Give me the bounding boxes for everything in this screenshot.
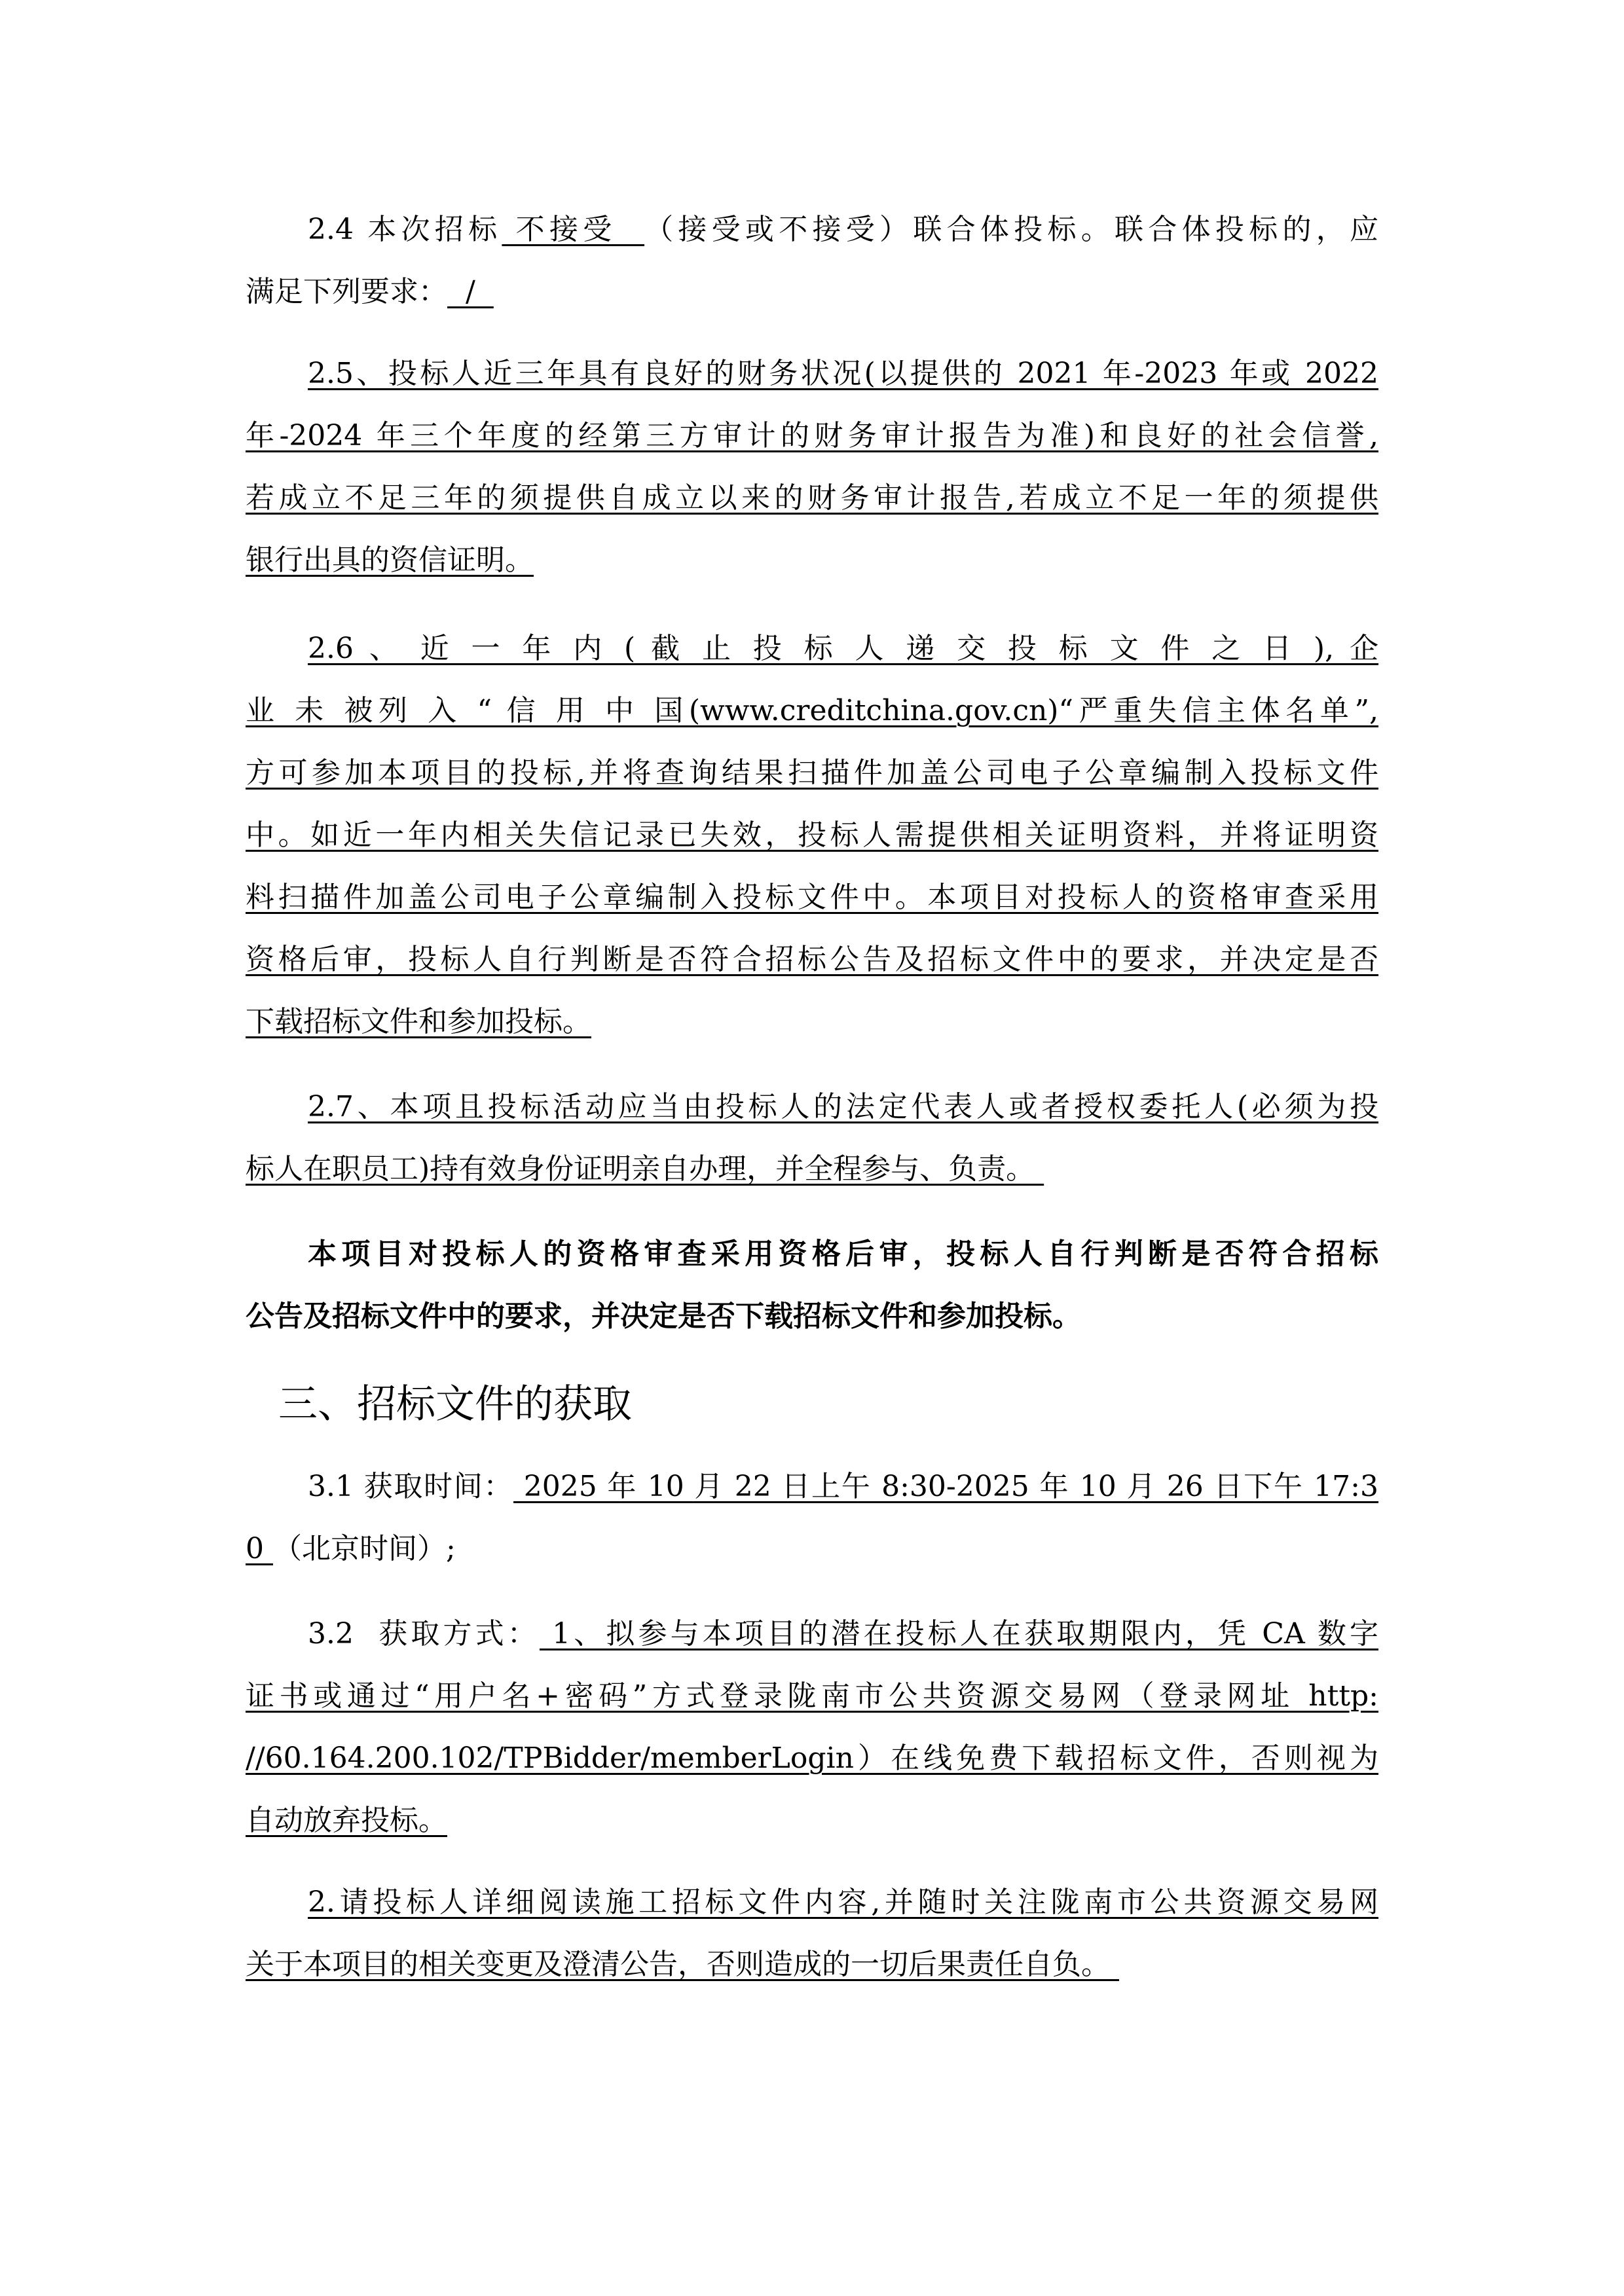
paragraph-line: 满足下列要求： /	[246, 261, 1378, 323]
paragraph-line: 资格后审，投标人自行判断是否符合招标公告及招标文件中的要求，并决定是否	[246, 928, 1378, 991]
paragraph-2-6: 2.6 、 近 一 年 内 ( 截 止 投 标 人 递 交 投 标 文 件 之 …	[246, 617, 1378, 1053]
login-url-line: //60.164.200.102/TPBidder/memberLogin）在线…	[246, 1727, 1378, 1789]
paragraph-line: 业 未 被列 入 “ 信 用 中 国(www.creditchina.gov.c…	[246, 680, 1378, 742]
paragraph-note-2: 2.请投标人详细阅读施工招标文件内容,并随时关注陇南市公共资源交易网 关于本项目…	[246, 1871, 1378, 1995]
acquisition-time-value: 0	[246, 1532, 273, 1565]
text: 3.2 获取方式：	[308, 1617, 540, 1650]
consortium-accept-value: 不接受	[502, 213, 644, 246]
paragraph-line: 若成立不足三年的须提供自成立以来的财务审计报告,若成立不足一年的须提供	[246, 467, 1378, 529]
paragraph-line: 2.4 本次招标 不接受 （接受或不接受）联合体投标。联合体投标的，应	[246, 198, 1378, 261]
text: 自动放弃投标。	[246, 1804, 447, 1837]
acquisition-method-value: 1、拟参与本项目的潜在投标人在获取期限内，凭 CA 数字	[540, 1617, 1378, 1650]
text: （北京时间）;	[273, 1532, 456, 1565]
paragraph-3-2: 3.2 获取方式： 1、拟参与本项目的潜在投标人在获取期限内，凭 CA 数字 证…	[246, 1603, 1378, 1851]
text: 银行出具的资信证明。	[246, 543, 534, 577]
paragraph-line: 下载招标文件和参加投标。	[246, 991, 1378, 1053]
text: （接受或不接受）联合体投标。联合体投标的，应	[644, 213, 1378, 246]
paragraph-3-1: 3.1 获取时间： 2025 年 10 月 22 日上午 8:30-2025 年…	[246, 1455, 1378, 1580]
text: 满足下列要求：	[246, 275, 447, 308]
paragraph-line: 2.请投标人详细阅读施工招标文件内容,并随时关注陇南市公共资源交易网	[246, 1871, 1378, 1933]
paragraph-2-4: 2.4 本次招标 不接受 （接受或不接受）联合体投标。联合体投标的，应 满足下列…	[246, 198, 1378, 323]
paragraph-2-7: 2.7、本项且投标活动应当由投标人的法定代表人或者授权委托人(必须为投 标人在职…	[246, 1076, 1378, 1200]
paragraph-line: 公告及招标文件中的要求，并决定是否下载招标文件和参加投标。	[246, 1285, 1378, 1347]
text: 关于本项目的相关变更及澄清公告，否则造成的一切后果责任自负。	[246, 1948, 1119, 1981]
paragraph-line: 标人在职员工)持有效身份证明亲自办理，并全程参与、负责。	[246, 1138, 1378, 1200]
paragraph-line: 料扫描件加盖公司电子公章编制入投标文件中。本项目对投标人的资格审查采用	[246, 866, 1378, 928]
text: 下载招标文件和参加投标。	[246, 1005, 591, 1038]
paragraph-2-5: 2.5、投标人近三年具有良好的财务状况(以提供的 2021 年-2023 年或 …	[246, 342, 1378, 591]
paragraph-line: 2.6 、 近 一 年 内 ( 截 止 投 标 人 递 交 投 标 文 件 之 …	[246, 617, 1378, 680]
paragraph-line: 0 （北京时间）;	[246, 1518, 1378, 1580]
section-heading-3: 三、招标文件的获取	[278, 1375, 632, 1434]
paragraph-line: 年-2024 年三个年度的经第三方审计的财务审计报告为准)和良好的社会信誉,	[246, 405, 1378, 467]
paragraph-line: 3.2 获取方式： 1、拟参与本项目的潜在投标人在获取期限内，凭 CA 数字	[246, 1603, 1378, 1665]
paragraph-line: 中。如近一年内相关失信记录已失效，投标人需提供相关证明资料，并将证明资	[246, 804, 1378, 866]
paragraph-line: 2.7、本项且投标活动应当由投标人的法定代表人或者授权委托人(必须为投	[246, 1076, 1378, 1138]
text: 标人在职员工)持有效身份证明亲自办理，并全程参与、负责。	[246, 1152, 1044, 1186]
paragraph-line: 2.5、投标人近三年具有良好的财务状况(以提供的 2021 年-2023 年或 …	[246, 342, 1378, 405]
acquisition-time-value: 2025 年 10 月 22 日上午 8:30-2025 年 10 月 26 日…	[513, 1470, 1378, 1503]
paragraph-line: 银行出具的资信证明。	[246, 529, 1378, 591]
paragraph-line: 3.1 获取时间： 2025 年 10 月 22 日上午 8:30-2025 年…	[246, 1455, 1378, 1518]
paragraph-line: 证书或通过“用户名+密码”方式登录陇南市公共资源交易网（登录网址 http:	[246, 1665, 1378, 1727]
paragraph-line: 方可参加本项目的投标,并将查询结果扫描件加盖公司电子公章编制入投标文件	[246, 742, 1378, 804]
text: 2.4 本次招标	[308, 213, 502, 246]
paragraph-line: 本项目对投标人的资格审查采用资格后审，投标人自行判断是否符合招标	[246, 1223, 1378, 1285]
bold-qualification-note: 本项目对投标人的资格审查采用资格后审，投标人自行判断是否符合招标 公告及招标文件…	[246, 1223, 1378, 1347]
text: 3.1 获取时间：	[308, 1470, 513, 1503]
document-page: 2.4 本次招标 不接受 （接受或不接受）联合体投标。联合体投标的，应 满足下列…	[0, 0, 1624, 2296]
paragraph-line: 自动放弃投标。	[246, 1789, 1378, 1851]
consortium-requirements-value: /	[447, 275, 494, 308]
paragraph-line: 关于本项目的相关变更及澄清公告，否则造成的一切后果责任自负。	[246, 1933, 1378, 1995]
